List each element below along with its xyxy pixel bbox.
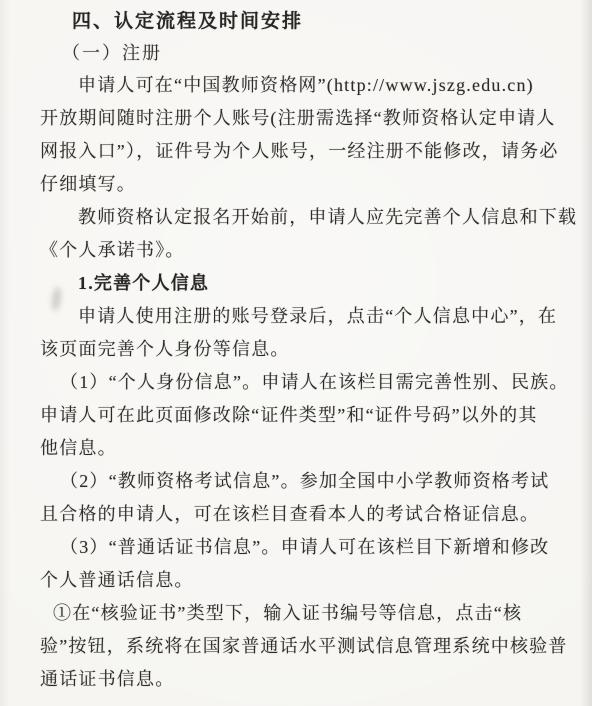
- doc-line: 他信息。: [40, 432, 576, 465]
- doc-line-item-1: （1）“个人身份信息”。申请人在该栏目需完善性别、民族。: [40, 366, 576, 399]
- subheading-complete-personal-info: 1.完善个人信息: [40, 267, 576, 300]
- right-edge-scan-shadow: [580, 0, 592, 706]
- doc-line-item-3: （3）“普通话证书信息”。申请人可在该栏目下新增和修改: [40, 531, 576, 564]
- subsection-heading: （一）注册: [40, 37, 576, 69]
- doc-line: 验”按钮，系统将在国家普通话水平测试信息管理系统中核验普: [40, 630, 576, 663]
- doc-line: 仔细填写。: [40, 168, 576, 201]
- doc-line: 该页面完善个人身份等信息。: [40, 333, 576, 366]
- scanned-page: 四、认定流程及时间安排 （一）注册 申请人可在“中国教师资格网”(http://…: [0, 0, 592, 706]
- doc-line: 个人普通话信息。: [40, 564, 576, 597]
- doc-line-circled-1: ①在“核验证书”类型下，输入证书编号等信息，点击“核: [40, 597, 576, 630]
- doc-line: 通话证书信息。: [40, 663, 576, 696]
- doc-line: 网报入口”），证件号为个人账号，一经注册不能修改，请务必: [40, 135, 576, 168]
- doc-line: 申请人使用注册的账号登录后，点击“个人信息中心”，在: [40, 300, 576, 333]
- doc-line-item-2: （2）“教师资格考试信息”。参加全国中小学教师资格考试: [40, 465, 576, 498]
- doc-line: 申请人可在“中国教师资格网”(http://www.jszg.edu.cn): [40, 69, 576, 102]
- doc-line: 《个人承诺书》。: [40, 234, 576, 267]
- doc-line: 且合格的申请人，可在该栏目查看本人的考试合格证信息。: [40, 498, 576, 531]
- doc-line: 开放期间随时注册个人账号(注册需选择“教师资格认定申请人: [40, 102, 576, 135]
- left-edge-scan-shadow: [0, 0, 10, 706]
- document-body: 四、认定流程及时间安排 （一）注册 申请人可在“中国教师资格网”(http://…: [40, 6, 576, 696]
- doc-line: 教师资格认定报名开始前，申请人应先完善个人信息和下载: [40, 201, 576, 234]
- section-heading: 四、认定流程及时间安排: [40, 6, 576, 37]
- doc-line: 申请人可在此页面修改除“证件类型”和“证件号码”以外的其: [40, 399, 576, 432]
